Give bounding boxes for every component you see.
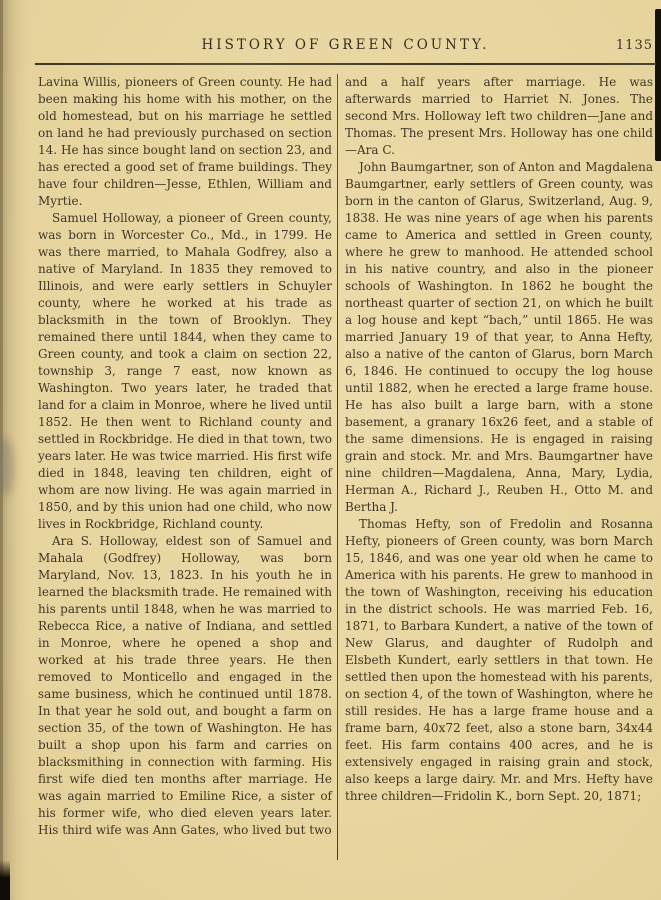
page-content: HISTORY OF GREEN COUNTY. 1135 Lavina Wil… (38, 0, 653, 900)
paragraph-john-baumgartner: John Baumgartner, son of Anton and Magda… (345, 159, 653, 516)
running-header-title: HISTORY OF GREEN COUNTY. (38, 37, 653, 53)
column-gap (332, 74, 345, 886)
scanned-book-page: HISTORY OF GREEN COUNTY. 1135 Lavina Wil… (0, 0, 661, 900)
scan-smudge (0, 438, 14, 496)
page-number: 1135 (616, 38, 653, 53)
scan-artifact-top-right (655, 9, 661, 161)
column-right: and a half years after marriage. He was … (345, 74, 653, 886)
paragraph-continuation: and a half years after marriage. He was … (345, 74, 653, 159)
column-left: Lavina Willis, pioneers of Green county.… (38, 74, 332, 886)
paragraph-samuel-holloway: Samuel Holloway, a pioneer of Green coun… (38, 210, 332, 533)
paragraph-thomas-hefty: Thomas Hefty, son of Fredolin and Rosann… (345, 516, 653, 805)
text-columns: Lavina Willis, pioneers of Green county.… (38, 74, 653, 886)
header-rule (35, 63, 656, 65)
scan-artifact-bottom-left (0, 860, 10, 900)
paragraph-continuation: Lavina Willis, pioneers of Green county.… (38, 74, 332, 210)
paragraph-ara-holloway: Ara S. Holloway, eldest son of Samuel an… (38, 533, 332, 839)
